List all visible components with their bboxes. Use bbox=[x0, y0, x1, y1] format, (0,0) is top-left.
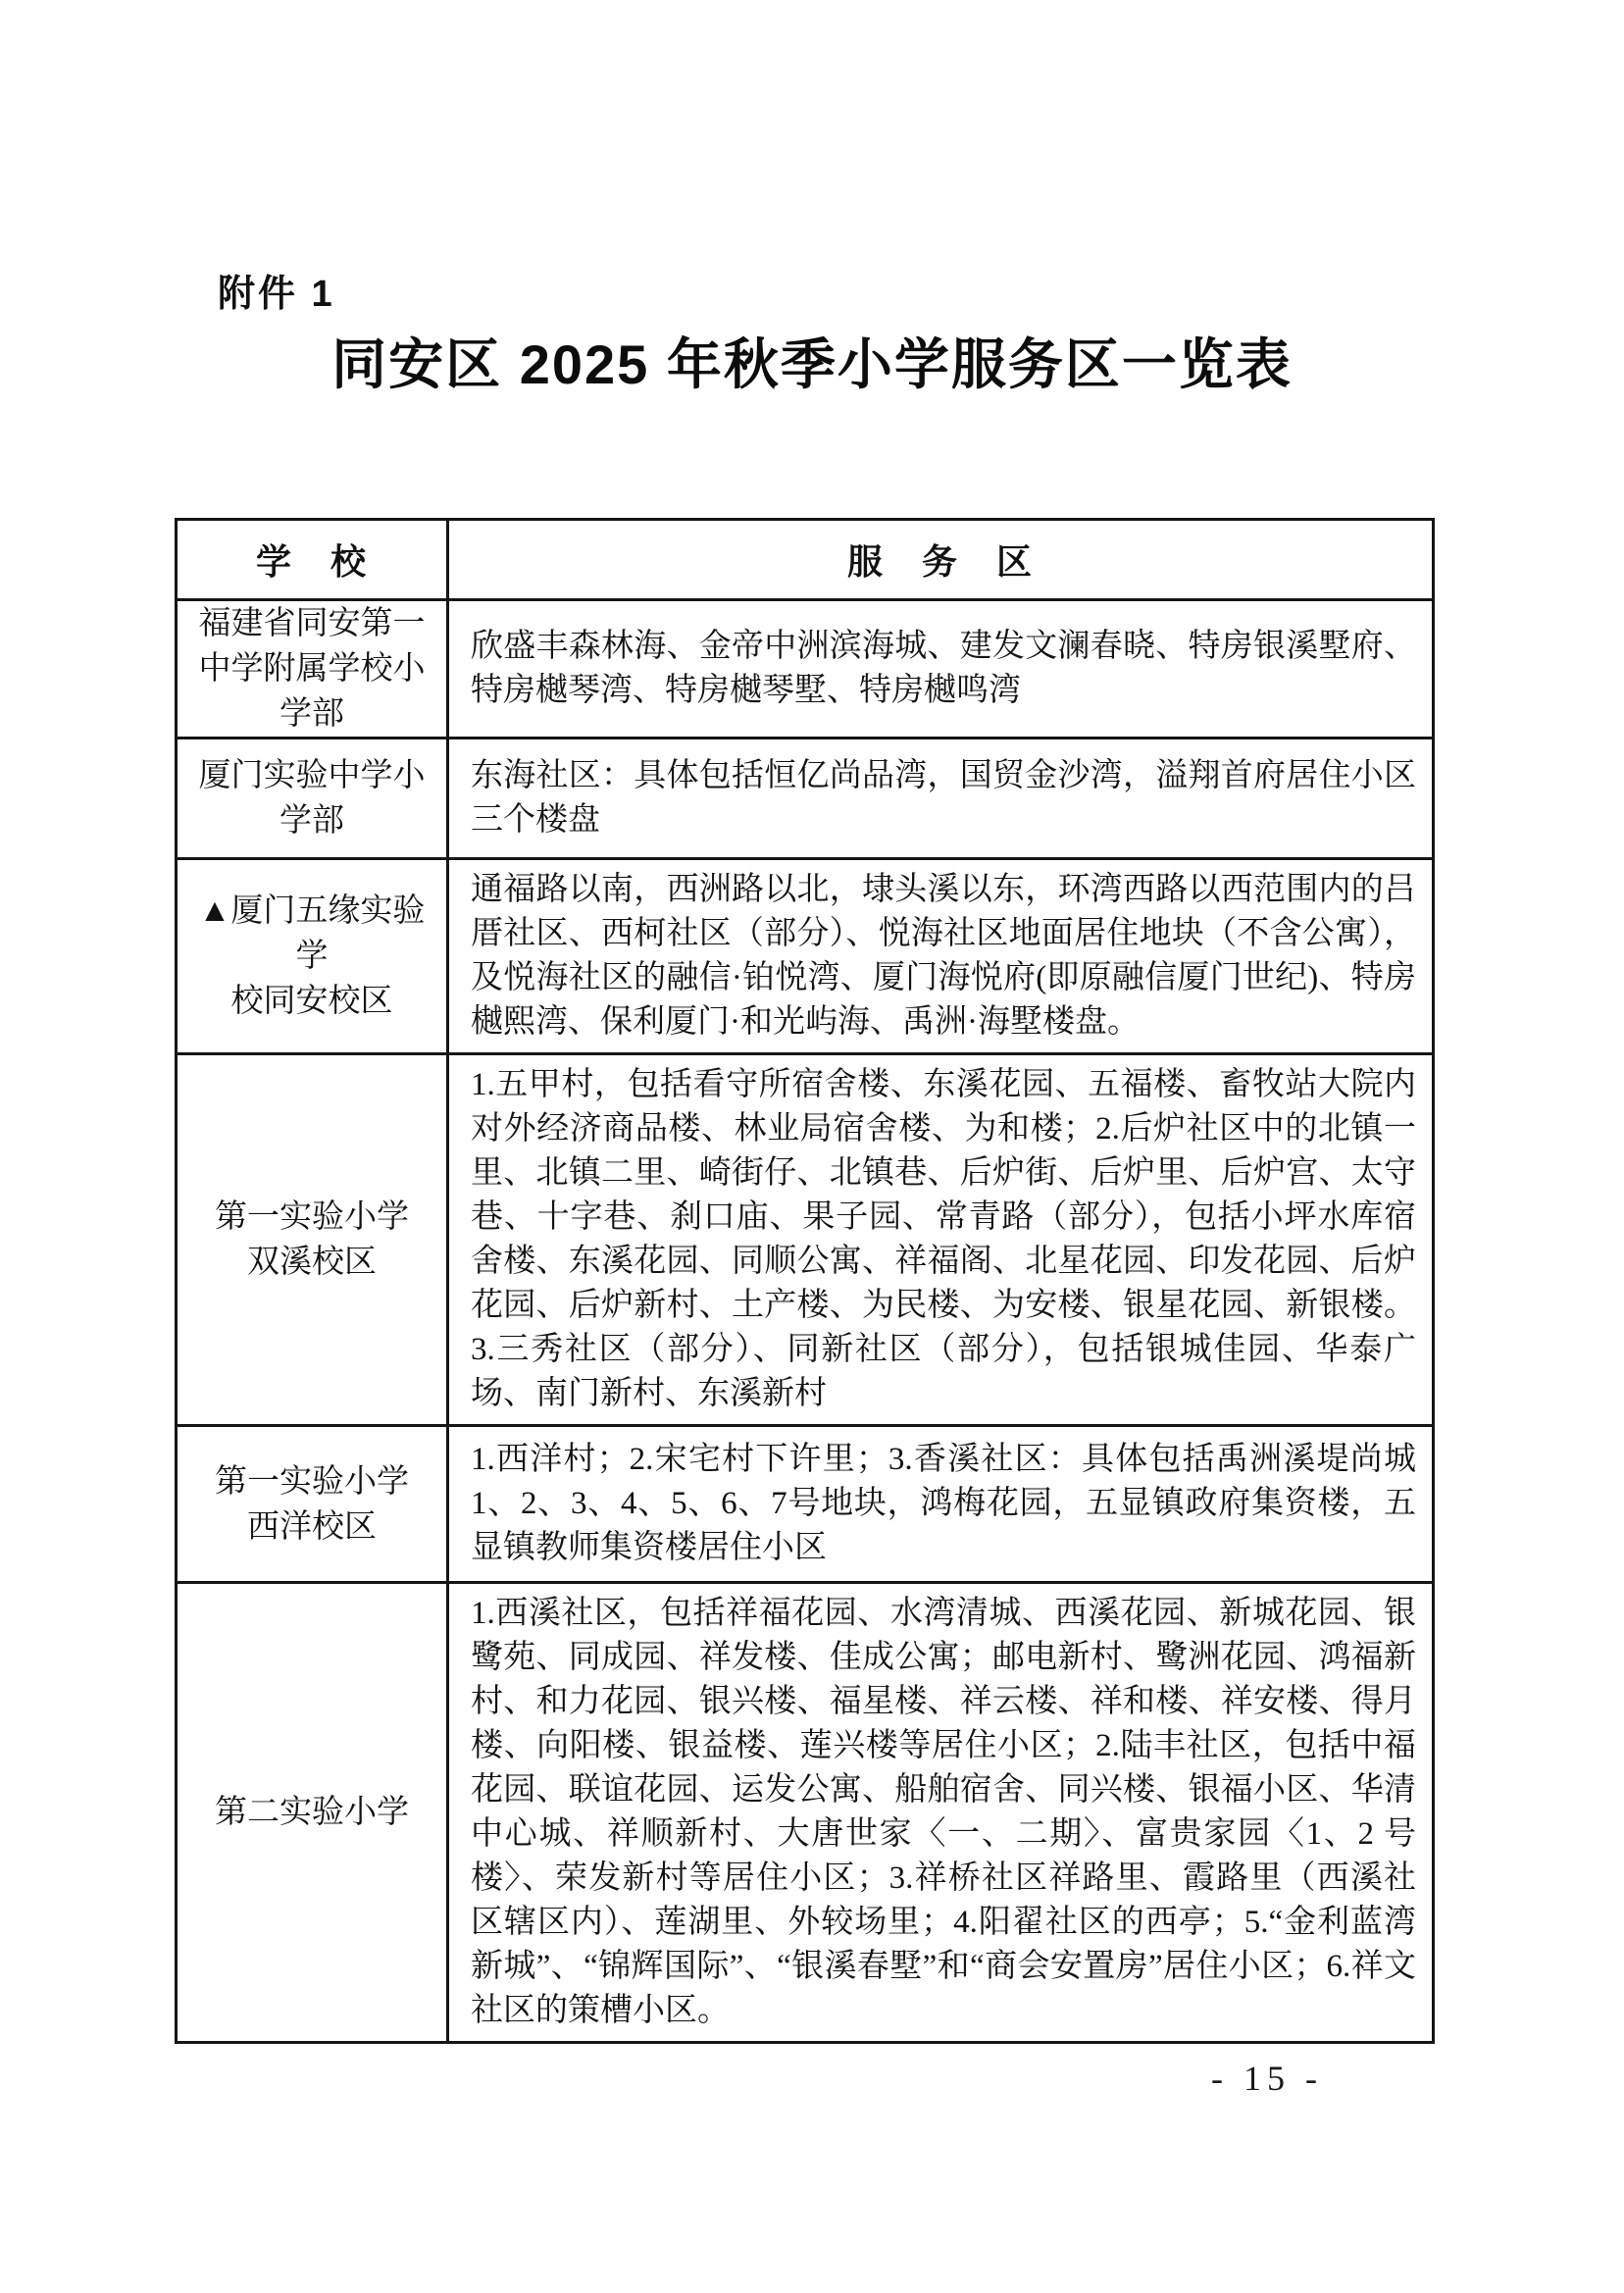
column-header-service-area: 服 务 区 bbox=[448, 520, 1434, 600]
school-name: 厦门实验中学小 学部 bbox=[177, 739, 448, 859]
page-title: 同安区 2025 年秋季小学服务区一览表 bbox=[0, 322, 1624, 400]
service-area-text: 1.西溪社区，包括祥福花园、水湾清城、西溪花园、新城花园、银鹭苑、同成园、祥发楼… bbox=[448, 1583, 1434, 2043]
table-row: 第二实验小学 1.西溪社区，包括祥福花园、水湾清城、西溪花园、新城花园、银鹭苑、… bbox=[177, 1583, 1434, 2043]
table-row: 厦门实验中学小 学部 东海社区：具体包括恒亿尚品湾，国贸金沙湾，溢翔首府居住小区… bbox=[177, 739, 1434, 859]
table-row: ▲厦门五缘实验学 校同安校区 通福路以南，西洲路以北，埭头溪以东，环湾西路以西范… bbox=[177, 859, 1434, 1054]
service-area-text: 1.五甲村，包括看守所宿舍楼、东溪花园、五福楼、畜牧站大院内对外经济商品楼、林业… bbox=[448, 1054, 1434, 1426]
attachment-label: 附件 1 bbox=[218, 263, 335, 317]
school-name: 第一实验小学 双溪校区 bbox=[177, 1054, 448, 1426]
table-row: 第一实验小学 西洋校区 1.西洋村；2.宋宅村下许里；3.香溪社区：具体包括禹洲… bbox=[177, 1426, 1434, 1583]
page-number: - 15 - bbox=[1211, 2058, 1323, 2099]
table-row: 第一实验小学 双溪校区 1.五甲村，包括看守所宿舍楼、东溪花园、五福楼、畜牧站大… bbox=[177, 1054, 1434, 1426]
service-area-table: 学 校 服 务 区 福建省同安第一 中学附属学校小 学部 欣盛丰森林海、金帝中洲… bbox=[175, 518, 1435, 2044]
service-area-text: 1.西洋村；2.宋宅村下许里；3.香溪社区：具体包括禹洲溪堤尚城1、2、3、4、… bbox=[448, 1426, 1434, 1583]
table-row: 福建省同安第一 中学附属学校小 学部 欣盛丰森林海、金帝中洲滨海城、建发文澜春晓… bbox=[177, 600, 1434, 739]
service-area-text: 通福路以南，西洲路以北，埭头溪以东，环湾西路以西范围内的吕厝社区、西柯社区（部分… bbox=[448, 859, 1434, 1054]
service-area-text: 欣盛丰森林海、金帝中洲滨海城、建发文澜春晓、特房银溪墅府、特房樾琴湾、特房樾琴墅… bbox=[448, 600, 1434, 739]
school-name: 第一实验小学 西洋校区 bbox=[177, 1426, 448, 1583]
service-area-text: 东海社区：具体包括恒亿尚品湾，国贸金沙湾，溢翔首府居住小区三个楼盘 bbox=[448, 739, 1434, 859]
school-name: 第二实验小学 bbox=[177, 1583, 448, 2043]
school-name: 福建省同安第一 中学附属学校小 学部 bbox=[177, 600, 448, 739]
column-header-school: 学 校 bbox=[177, 520, 448, 600]
school-name: ▲厦门五缘实验学 校同安校区 bbox=[177, 859, 448, 1054]
table-header-row: 学 校 服 务 区 bbox=[177, 520, 1434, 600]
document-page: 附件 1 同安区 2025 年秋季小学服务区一览表 学 校 服 务 区 福建省同… bbox=[0, 0, 1624, 2293]
